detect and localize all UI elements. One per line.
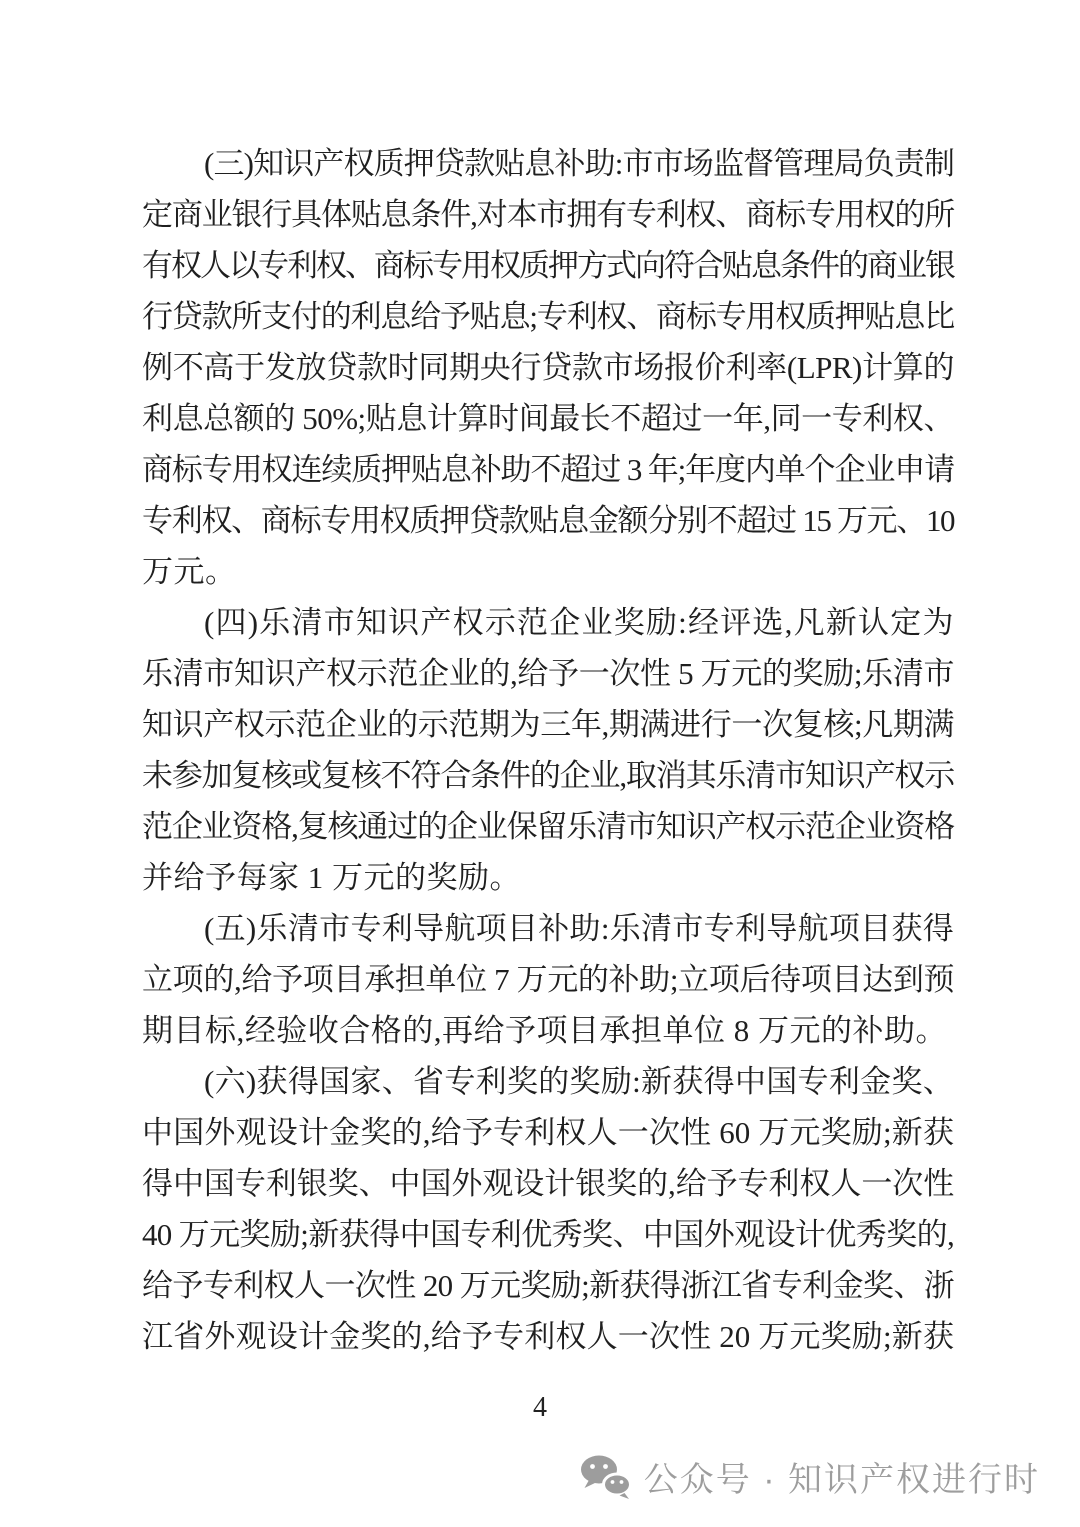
text-line: (五)乐清市专利导航项目补助:乐清市专利导航项目获得 — [142, 903, 954, 954]
text-line: 给予专利权人一次性 20 万元奖励;新获得浙江省专利金奖、浙 — [142, 1260, 954, 1311]
text-line: 定商业银行具体贴息条件,对本市拥有专利权、商标专用权的所 — [142, 189, 954, 240]
wechat-icon — [580, 1454, 632, 1500]
text-line: 利息总额的 50%;贴息计算时间最长不超过一年,同一专利权、 — [142, 393, 954, 444]
text-line: 商标专用权连续质押贴息补助不超过 3 年;年度内单个企业申请 — [142, 444, 954, 495]
text-line: 未参加复核或复核不符合条件的企业,取消其乐清市知识产权示 — [142, 750, 954, 801]
paragraph-item-three: (三)知识产权质押贷款贴息补助:市市场监督管理局负责制 定商业银行具体贴息条件,… — [142, 138, 954, 597]
text-line: 乐清市知识产权示范企业的,给予一次性 5 万元的奖励;乐清市 — [142, 648, 954, 699]
text-line: 得中国专利银奖、中国外观设计银奖的,给予专利权人一次性 — [142, 1158, 954, 1209]
text-line: 万元。 — [142, 546, 954, 597]
text-line: 中国外观设计金奖的,给予专利权人一次性 60 万元奖励;新获 — [142, 1107, 954, 1158]
text-line: (三)知识产权质押贷款贴息补助:市市场监督管理局负责制 — [142, 138, 954, 189]
text-line: 有权人以专利权、商标专用权质押方式向符合贴息条件的商业银 — [142, 240, 954, 291]
text-line: 例不高于发放贷款时同期央行贷款市场报价利率(LPR)计算的 — [142, 342, 954, 393]
page-number: 4 — [0, 1392, 1080, 1424]
watermark: 公众号 · 知识产权进行时 — [580, 1452, 1040, 1501]
watermark-text: 公众号 · 知识产权进行时 — [644, 1452, 1040, 1501]
text-line: (六)获得国家、省专利奖的奖励:新获得中国专利金奖、 — [142, 1056, 954, 1107]
text-line: 期目标,经验收合格的,再给予项目承担单位 8 万元的补助。 — [142, 1005, 954, 1056]
text-line: 立项的,给予项目承担单位 7 万元的补助;立项后待项目达到预 — [142, 954, 954, 1005]
text-line: 专利权、商标专用权质押贷款贴息金额分别不超过 15 万元、10 — [142, 495, 954, 546]
paragraph-item-four: (四)乐清市知识产权示范企业奖励:经评选,凡新认定为 乐清市知识产权示范企业的,… — [142, 597, 954, 903]
document-body: (三)知识产权质押贷款贴息补助:市市场监督管理局负责制 定商业银行具体贴息条件,… — [142, 138, 954, 1362]
document-page: (三)知识产权质押贷款贴息补助:市市场监督管理局负责制 定商业银行具体贴息条件,… — [0, 0, 1080, 1527]
paragraph-item-five: (五)乐清市专利导航项目补助:乐清市专利导航项目获得 立项的,给予项目承担单位 … — [142, 903, 954, 1056]
text-line: 40 万元奖励;新获得中国专利优秀奖、中国外观设计优秀奖的, — [142, 1209, 954, 1260]
text-line: 江省外观设计金奖的,给予专利权人一次性 20 万元奖励;新获 — [142, 1311, 954, 1362]
text-line: 并给予每家 1 万元的奖励。 — [142, 852, 954, 903]
text-line: 范企业资格,复核通过的企业保留乐清市知识产权示范企业资格 — [142, 801, 954, 852]
text-line: (四)乐清市知识产权示范企业奖励:经评选,凡新认定为 — [142, 597, 954, 648]
text-line: 知识产权示范企业的示范期为三年,期满进行一次复核;凡期满 — [142, 699, 954, 750]
text-line: 行贷款所支付的利息给予贴息;专利权、商标专用权质押贴息比 — [142, 291, 954, 342]
paragraph-item-six: (六)获得国家、省专利奖的奖励:新获得中国专利金奖、 中国外观设计金奖的,给予专… — [142, 1056, 954, 1362]
